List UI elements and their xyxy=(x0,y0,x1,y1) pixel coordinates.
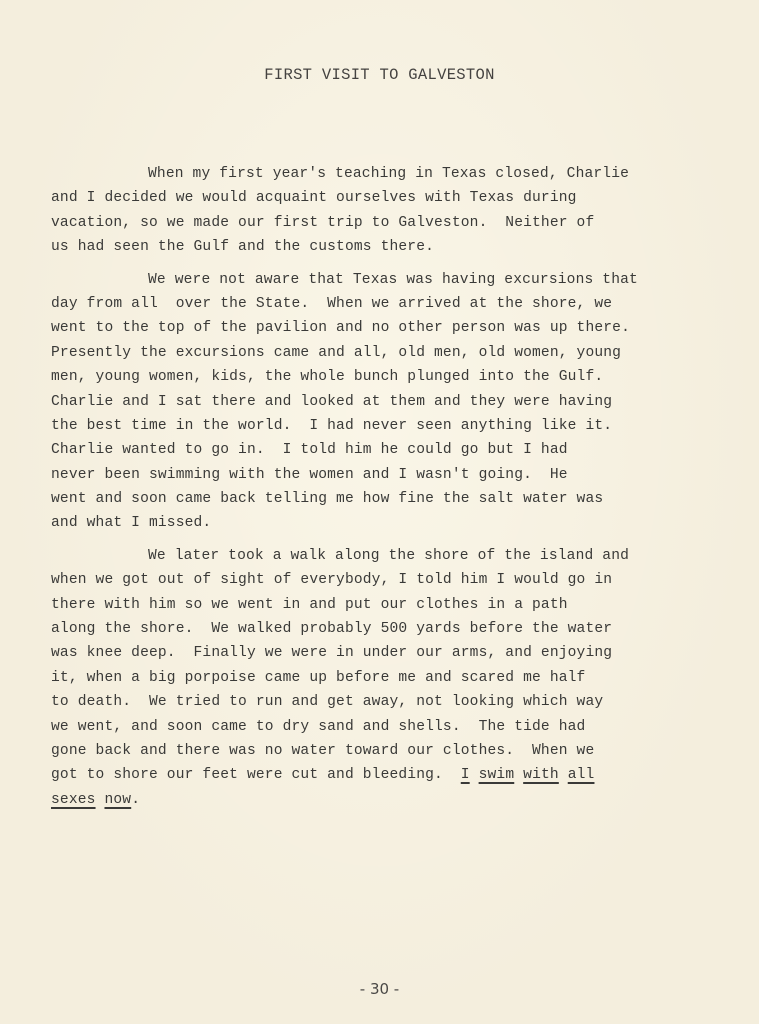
text-line: and I decided we would acquaint ourselve… xyxy=(51,186,711,210)
underlined-word: sexes xyxy=(51,792,96,808)
final-period: . xyxy=(131,792,140,808)
text-line: us had seen the Gulf and the customs the… xyxy=(51,235,711,259)
text-line: went to the top of the pavilion and no o… xyxy=(51,316,711,340)
text-line: men, young women, kids, the whole bunch … xyxy=(51,365,711,389)
page-title: FIRST VISIT TO GALVESTON xyxy=(0,66,759,84)
text-line: Charlie wanted to go in. I told him he c… xyxy=(51,438,711,462)
text-line: there with him so we went in and put our… xyxy=(51,593,711,617)
text-line: along the shore. We walked probably 500 … xyxy=(51,617,711,641)
paragraph-3: We later took a walk along the shore of … xyxy=(51,544,711,812)
underlined-word: I xyxy=(461,767,470,783)
text-line: We were not aware that Texas was having … xyxy=(51,268,711,292)
text-line: when we got out of sight of everybody, I… xyxy=(51,568,711,592)
text-line: went and soon came back telling me how f… xyxy=(51,487,711,511)
page-number: - 30 - xyxy=(0,980,759,998)
text-line: the best time in the world. I had never … xyxy=(51,414,711,438)
text-line: When my first year's teaching in Texas c… xyxy=(51,162,711,186)
document-page: FIRST VISIT TO GALVESTON When my first y… xyxy=(0,0,759,1024)
text-line: gone back and there was no water toward … xyxy=(51,739,711,763)
text-line: We later took a walk along the shore of … xyxy=(51,544,711,568)
text-line: was knee deep. Finally we were in under … xyxy=(51,641,711,665)
text-line: Presently the excursions came and all, o… xyxy=(51,341,711,365)
text-line: day from all over the State. When we arr… xyxy=(51,292,711,316)
text-segment: got to shore our feet were cut and bleed… xyxy=(51,767,461,783)
text-line: to death. We tried to run and get away, … xyxy=(51,690,711,714)
document-body: When my first year's teaching in Texas c… xyxy=(51,162,711,812)
underlined-word: swim xyxy=(479,767,515,783)
text-line: Charlie and I sat there and looked at th… xyxy=(51,390,711,414)
text-line: never been swimming with the women and I… xyxy=(51,463,711,487)
paragraph-2: We were not aware that Texas was having … xyxy=(51,268,711,536)
text-line: it, when a big porpoise came up before m… xyxy=(51,666,711,690)
underlined-word: now xyxy=(104,792,131,808)
underlined-word: all xyxy=(568,767,595,783)
paragraph-1: When my first year's teaching in Texas c… xyxy=(51,162,711,260)
underlined-word: with xyxy=(523,767,559,783)
text-line-with-emphasis: sexes now. xyxy=(51,788,711,812)
text-line-with-emphasis: got to shore our feet were cut and bleed… xyxy=(51,763,711,787)
text-line: vacation, so we made our first trip to G… xyxy=(51,211,711,235)
text-line: we went, and soon came to dry sand and s… xyxy=(51,715,711,739)
text-line: and what I missed. xyxy=(51,511,711,535)
